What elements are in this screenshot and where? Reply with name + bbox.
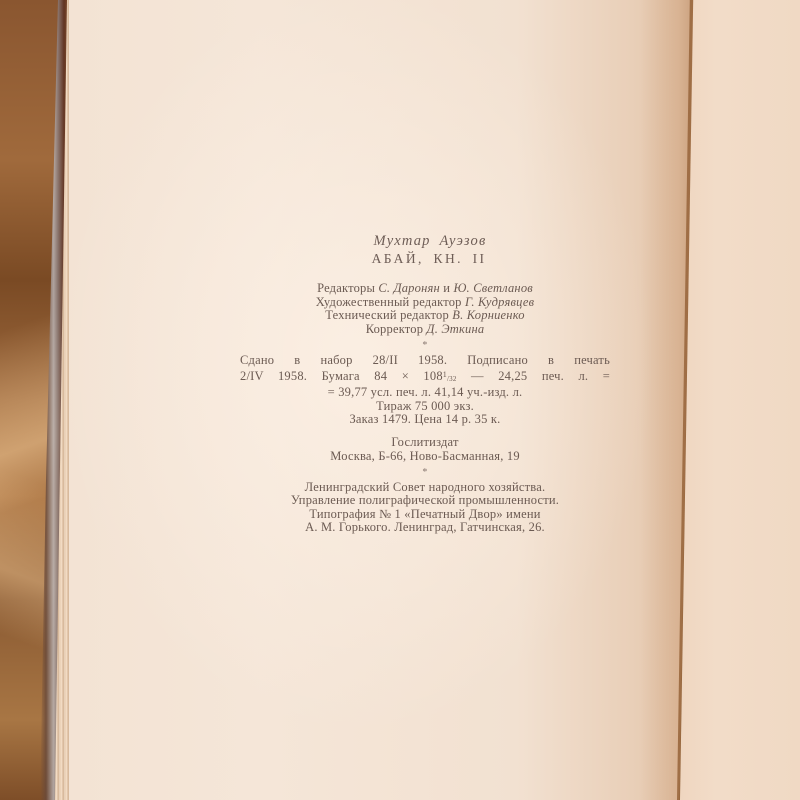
publisher-address: Москва, Б-66, Ново-Басманная, 19 bbox=[240, 449, 610, 463]
printer-line-2: Управление полиграфической промышленност… bbox=[240, 494, 610, 508]
pub-circulation: Тираж 75 000 экз. bbox=[240, 400, 610, 414]
credit-art-editor: Художественный редактор Г. Кудрявцев bbox=[240, 296, 610, 310]
separator-asterisk: * bbox=[240, 340, 610, 352]
printer-line-3: Типография № 1 «Печатный Двор» имени bbox=[240, 508, 610, 522]
publisher-name: Гослитиздат bbox=[240, 435, 610, 449]
credit-editors: Редакторы С. Даронян и Ю. Светланов bbox=[240, 282, 610, 296]
credit-tech-editor: Технический редактор В. Корниенко bbox=[240, 309, 610, 323]
publisher-info: Гослитиздат Москва, Б-66, Ново-Басманная… bbox=[240, 435, 610, 463]
pub-line-2: 2/IV 1958. Бумага 84 × 1081/32 — 24,25 п… bbox=[240, 368, 610, 387]
credit-proofreader: Корректор Д. Эткина bbox=[240, 323, 610, 337]
publication-details: Сдано в набор 28/II 1958. Подписано в пе… bbox=[240, 354, 610, 427]
imprint-block: Мухтар Ауэзов АБАЙ, КН. II Редакторы С. … bbox=[240, 232, 610, 535]
printer-info: Ленинградский Совет народного хозяйства.… bbox=[240, 481, 610, 535]
book-title: АБАЙ, КН. II bbox=[248, 250, 610, 267]
pub-line-1: Сдано в набор 28/II 1958. Подписано в пе… bbox=[240, 354, 610, 368]
printer-line-4: А. М. Горького. Ленинград, Гатчинская, 2… bbox=[240, 521, 610, 535]
author-name: Мухтар Ауэзов bbox=[250, 232, 610, 250]
separator-asterisk-2: * bbox=[240, 467, 610, 479]
pub-line-3: = 39,77 усл. печ. л. 41,14 уч.-изд. л. bbox=[240, 386, 610, 400]
right-page bbox=[680, 0, 800, 800]
printer-line-1: Ленинградский Совет народного хозяйства. bbox=[240, 481, 610, 495]
pub-order-price: Заказ 1479. Цена 14 р. 35 к. bbox=[240, 413, 610, 427]
credits-list: Редакторы С. Даронян и Ю. Светланов Худо… bbox=[240, 282, 610, 336]
